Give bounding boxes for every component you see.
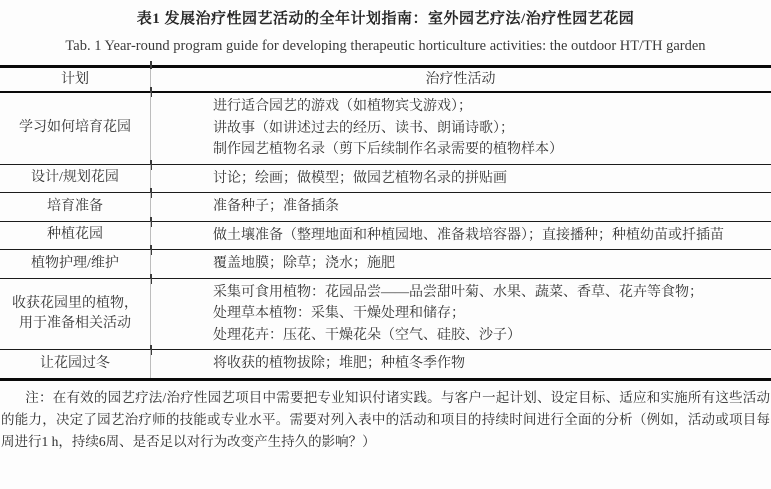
column-header-activities: 治疗性活动: [151, 68, 771, 91]
plan-line: 收获花园里的植物，: [12, 294, 138, 314]
column-header-plan: 计划: [0, 68, 151, 91]
table-caption-en: Tab. 1 Year-round program guide for deve…: [0, 36, 771, 56]
activity-line: 准备种子；准备插条: [213, 196, 770, 218]
plan-line: 种植花园: [47, 225, 103, 245]
activity-line: 进行适合园艺的游戏（如植物宾戈游戏）；: [213, 96, 770, 118]
plan-line: 用于准备相关活动: [19, 314, 131, 334]
plan-line: 让花园过冬: [40, 354, 110, 374]
activities-cell: 讨论；绘画；做模型；做园艺植物名录的拼贴画: [151, 165, 771, 193]
plan-line: 设计/规划花园: [31, 168, 119, 188]
plan-cell: 设计/规划花园: [0, 165, 151, 193]
plan-line: 培育准备: [47, 197, 103, 217]
activities-cell: 准备种子；准备插条: [151, 193, 771, 221]
table-caption: 表1 发展治疗性园艺活动的全年计划指南：室外园艺疗法/治疗性园艺花园 Tab. …: [0, 9, 771, 56]
activity-line: 将收获的植物拔除；堆肥；种植冬季作物: [213, 353, 770, 375]
table-footnote: 注：在有效的园艺疗法/治疗性园艺项目中需要把专业知识付诸实践。与客户一起计划、设…: [0, 387, 771, 453]
activities-cell: 将收获的植物拔除；堆肥；种植冬季作物: [151, 350, 771, 378]
table-row: 植物护理/维护覆盖地膜；除草；浇水；施肥: [0, 250, 771, 279]
activities-cell: 做土壤准备（整理地面和种植园地、准备栽培容器）；直接播种；种植幼苗或扦插苗: [151, 222, 771, 250]
table-caption-zh: 表1 发展治疗性园艺活动的全年计划指南：室外园艺疗法/治疗性园艺花园: [0, 9, 771, 30]
table-row: 让花园过冬将收获的植物拔除；堆肥；种植冬季作物: [0, 350, 771, 378]
activity-line: 做土壤准备（整理地面和种植园地、准备栽培容器）；直接播种；种植幼苗或扦插苗: [213, 225, 770, 247]
table-row: 学习如何培育花园进行适合园艺的游戏（如植物宾戈游戏）；讲故事（如讲述过去的经历、…: [0, 93, 771, 165]
activity-line: 制作园艺植物名录（剪下后续制作名录需要的植物样本）: [213, 139, 770, 161]
plan-cell: 学习如何培育花园: [0, 93, 151, 164]
table-row: 设计/规划花园讨论；绘画；做模型；做园艺植物名录的拼贴画: [0, 165, 771, 194]
plan-cell: 培育准备: [0, 193, 151, 221]
plan-line: 植物护理/维护: [31, 254, 119, 274]
activities-cell: 进行适合园艺的游戏（如植物宾戈游戏）；讲故事（如讲述过去的经历、读书、朗诵诗歌）…: [151, 93, 771, 164]
table-row: 种植花园做土壤准备（整理地面和种植园地、准备栽培容器）；直接播种；种植幼苗或扦插…: [0, 222, 771, 251]
activity-line: 覆盖地膜；除草；浇水；施肥: [213, 253, 770, 275]
activity-line: 讲故事（如讲述过去的经历、读书、朗诵诗歌）；: [213, 118, 770, 140]
table-row: 培育准备准备种子；准备插条: [0, 193, 771, 222]
activity-line: 处理花卉：压花、干燥花朵（空气、硅胶、沙子）: [213, 325, 770, 347]
activities-cell: 采集可食用植物：花园品尝——品尝甜叶菊、水果、蔬菜、香草、花卉等食物；处理草本植…: [151, 279, 771, 350]
table-header-row: 计划 治疗性活动: [0, 68, 771, 93]
program-guide-table: 计划 治疗性活动 学习如何培育花园进行适合园艺的游戏（如植物宾戈游戏）；讲故事（…: [0, 65, 771, 381]
plan-cell: 让花园过冬: [0, 350, 151, 378]
activities-cell: 覆盖地膜；除草；浇水；施肥: [151, 250, 771, 278]
activity-line: 采集可食用植物：花园品尝——品尝甜叶菊、水果、蔬菜、香草、花卉等食物；: [213, 282, 770, 304]
plan-cell: 收获花园里的植物，用于准备相关活动: [0, 279, 151, 350]
activity-line: 处理草本植物：采集、干燥处理和储存；: [213, 303, 770, 325]
table-row: 收获花园里的植物，用于准备相关活动采集可食用植物：花园品尝——品尝甜叶菊、水果、…: [0, 279, 771, 351]
scanned-paper-page: 表1 发展治疗性园艺活动的全年计划指南：室外园艺疗法/治疗性园艺花园 Tab. …: [0, 0, 771, 489]
plan-cell: 种植花园: [0, 222, 151, 250]
plan-line: 学习如何培育花园: [19, 118, 131, 138]
plan-cell: 植物护理/维护: [0, 250, 151, 278]
activity-line: 讨论；绘画；做模型；做园艺植物名录的拼贴画: [213, 168, 770, 190]
table-body: 学习如何培育花园进行适合园艺的游戏（如植物宾戈游戏）；讲故事（如讲述过去的经历、…: [0, 93, 771, 378]
